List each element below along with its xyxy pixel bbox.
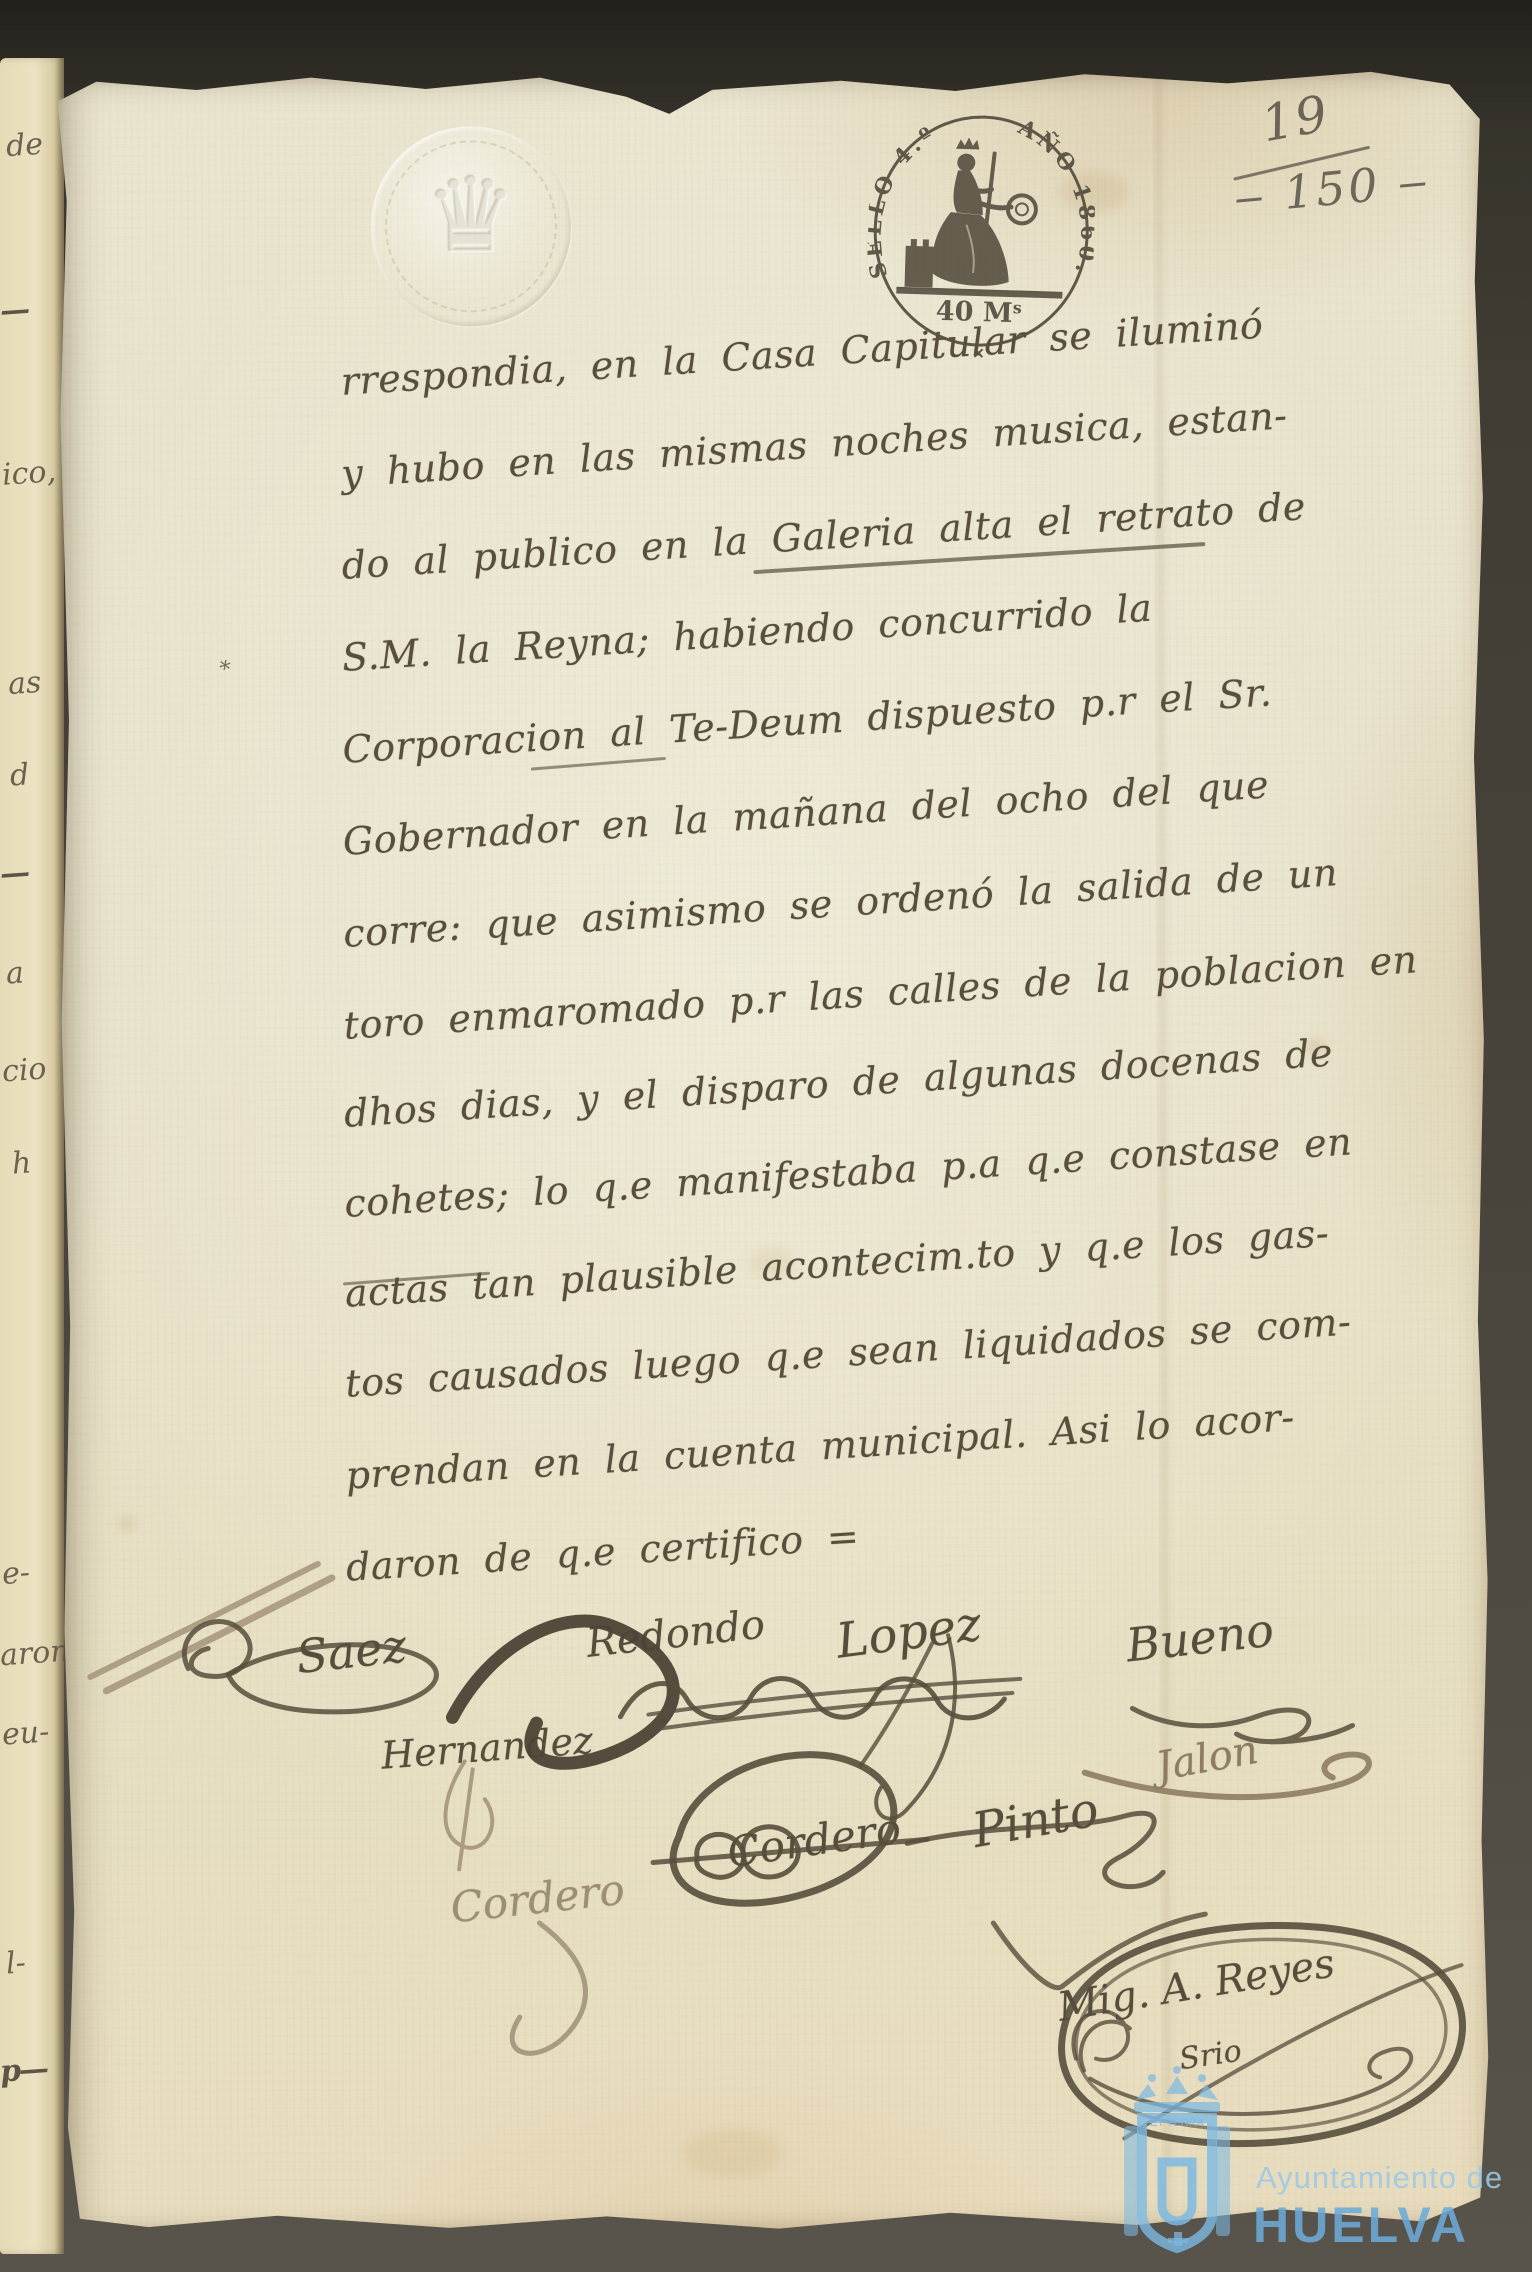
manuscript-page: ♛ SELLO 4.º AÑO 1860. 40 Ms: [53, 65, 1494, 2236]
margin-fragment: l-: [5, 1945, 27, 1981]
signature-lopez: Lopez: [833, 1596, 984, 1670]
signature-saez: Saez: [293, 1618, 409, 1684]
manuscript-line: y hubo en las mismas noches musica, esta…: [340, 393, 1289, 496]
margin-fragment: de: [5, 127, 44, 164]
manuscript-line: do al publico en la Galeria alta el retr…: [340, 484, 1307, 588]
manuscript-line: Corporacion al Te-Deum dispuesto p.r el …: [341, 670, 1273, 772]
previous-page-edge: de — ico, as d — a cio h e- aron eu- l- …: [0, 58, 64, 2254]
manuscript-line: prendan en la cuenta municipal. Asi lo a…: [344, 1395, 1296, 1498]
margin-fragment: as: [7, 665, 43, 702]
manuscript-line: daron de q.e certifico =: [345, 1514, 861, 1590]
margin-fragment: —: [0, 855, 29, 892]
folio-number: 19: [1257, 84, 1334, 153]
signature-cordero: Cordero: [724, 1804, 904, 1878]
margin-ink-mark: ⁎: [218, 650, 233, 677]
manuscript-line: Gobernador en la mañana del ocho del que: [342, 762, 1271, 863]
stamp-allegory-figure: [896, 137, 1067, 299]
folio-secondary-number: ‒ 150 ‒: [1232, 153, 1433, 225]
margin-fragment: p—: [0, 2051, 48, 2089]
manuscript-line: cohetes; lo q.e manifestaba p.a q.e cons…: [343, 1119, 1353, 1225]
scanned-document-viewer: de — ico, as d — a cio h e- aron eu- l- …: [0, 0, 1532, 2272]
signature-hernandez: Hernandez: [379, 1718, 594, 1778]
embossed-dry-seal: ♛: [371, 126, 572, 327]
paper-stain: [120, 1519, 134, 1529]
embossed-coat-of-arms: ♛: [371, 154, 572, 277]
margin-fragment: d: [9, 757, 31, 793]
manuscript-line: corre: que asimismo se ordenó la salida …: [342, 850, 1339, 956]
margin-fragment: cio: [1, 1051, 48, 1089]
margin-fragment: —: [0, 292, 29, 329]
margin-fragment: a: [5, 955, 25, 991]
margin-fragment: ico,: [1, 454, 57, 493]
signature-pinto: Pinto: [968, 1781, 1103, 1859]
manuscript-line: S.M. la Reyna; habiendo concurrido la: [341, 586, 1154, 680]
manuscript-line: actas tan plausible acontecim.to y q.e l…: [344, 1211, 1331, 1316]
signature-bueno: Bueno: [1123, 1603, 1276, 1673]
signature-reyes-title: Srio: [1177, 2034, 1244, 2078]
margin-fragment: aron: [0, 1634, 64, 1674]
margin-fragment: eu-: [1, 1714, 51, 1752]
manuscript-line: toro enmaromado p.r las calles de la pob…: [342, 937, 1418, 1048]
manuscript-line: tos causados luego q.e sean liquidados s…: [344, 1299, 1353, 1405]
margin-fragment: h: [11, 1145, 33, 1181]
signature-cordero-pencil: Cordero: [448, 1865, 627, 1933]
signature-reyes: Mig. A. Reyes: [1054, 1940, 1337, 2030]
signature-jalon: Jalon: [1153, 1727, 1262, 1791]
manuscript-line: dhos dias, y el disparo de algunas docen…: [343, 1031, 1334, 1136]
signature-redondo: Redondo: [584, 1602, 767, 1667]
margin-fragment: e-: [1, 1555, 31, 1592]
paper-stain: [682, 2128, 782, 2178]
